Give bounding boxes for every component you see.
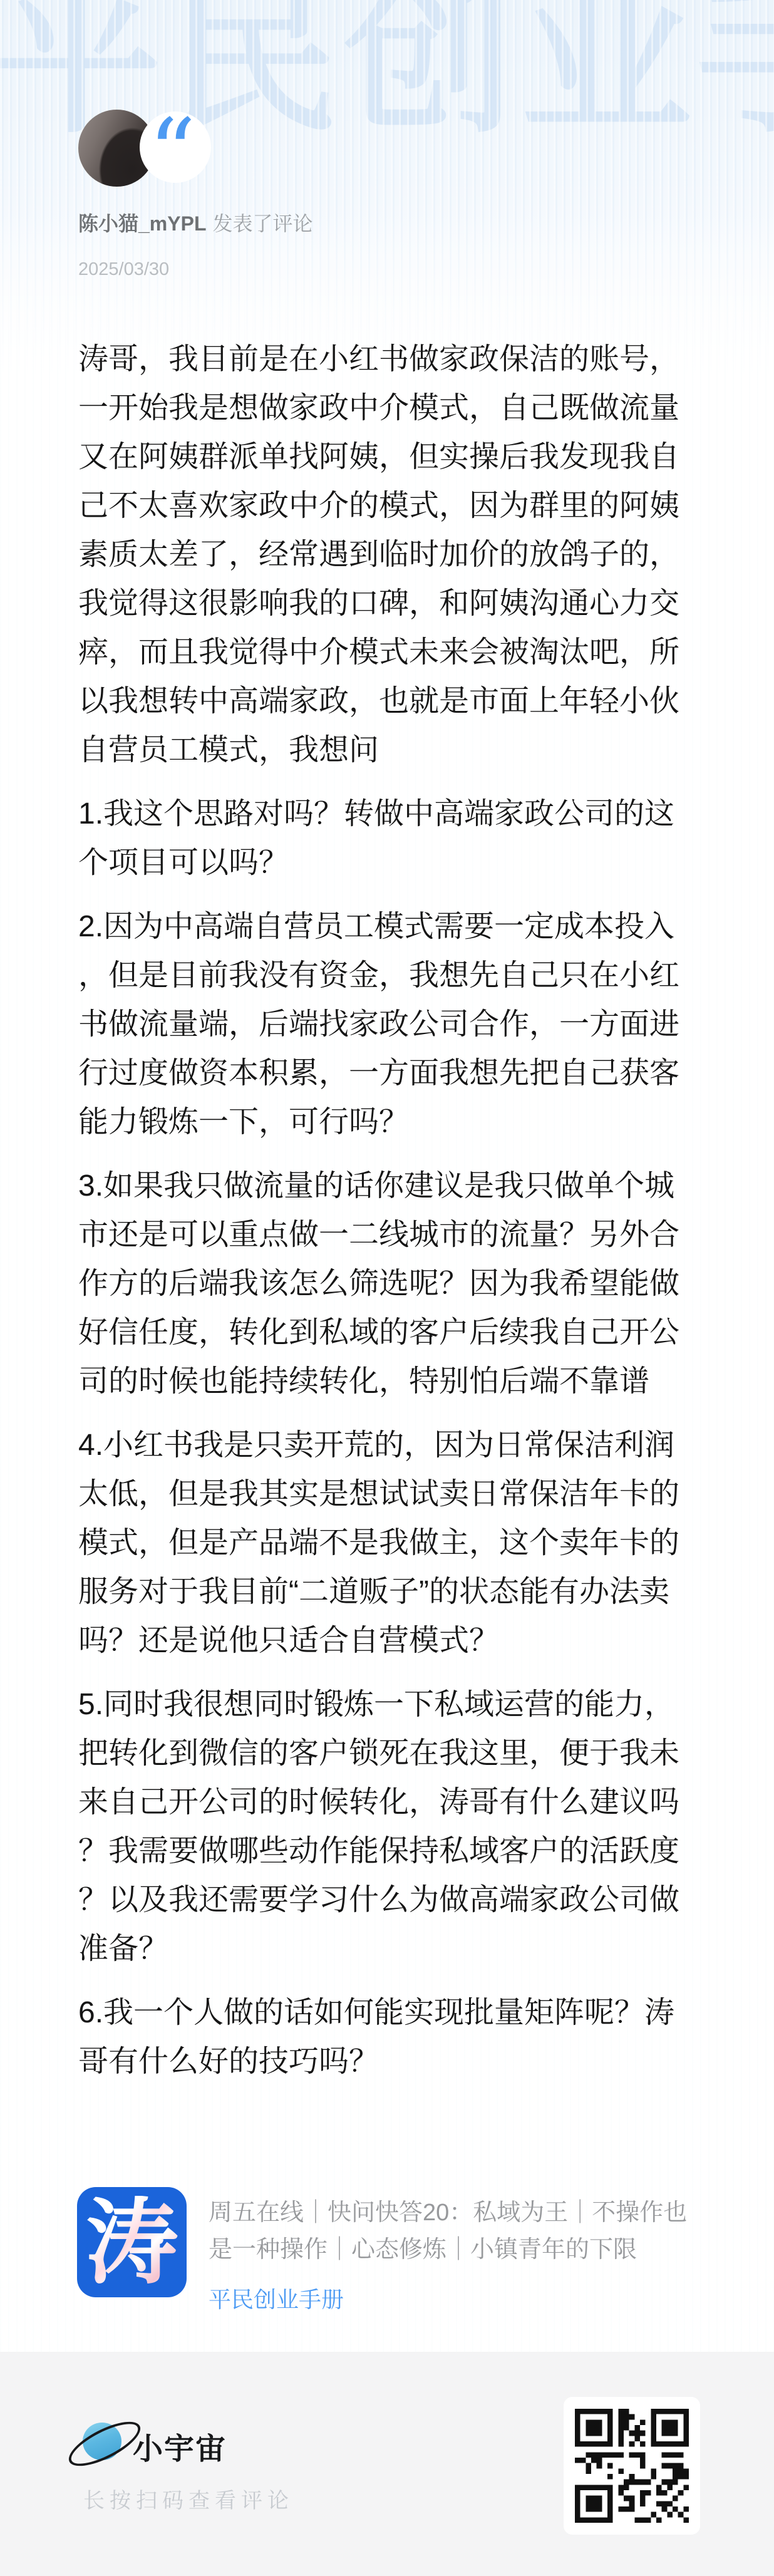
comment-body: 涛哥，我目前是在小红书做家政保洁的账号，一开始我是想做家政中介模式，自己既做流量… — [78, 335, 681, 2101]
episode-title: 周五在线｜快问快答20：私域为王｜不操作也是一种操作｜心态修炼｜小镇青年的下限 — [209, 2195, 703, 2268]
quote-bubble: “ — [140, 111, 211, 183]
author-name: 陈小猫_mYPL — [78, 212, 207, 235]
comment-date: 2025/03/30 — [78, 259, 169, 280]
footer: 小宇宙 长按扫码查看评论 — [0, 2352, 774, 2576]
quote-icon: “ — [148, 106, 196, 199]
episode-text: 周五在线｜快问快答20：私域为王｜不操作也是一种操作｜心态修炼｜小镇青年的下限 … — [209, 2187, 703, 2314]
podcast-cover-character: 涛 — [86, 2196, 178, 2289]
episode-card[interactable]: 涛 周五在线｜快问快答20：私域为王｜不操作也是一种操作｜心态修炼｜小镇青年的下… — [77, 2187, 703, 2314]
comment-paragraph: 3.如果我只做流量的话你建议是我只做单个城市还是可以重点做一二线城市的流量？另外… — [78, 1162, 681, 1406]
comment-paragraph: 1.我这个思路对吗？转做中高端家政公司的这个项目可以吗？ — [78, 790, 681, 887]
share-card: 平民创业手册 “ 陈小猫_mYPL发表了评论 2025/03/30 涛哥，我目前… — [0, 0, 774, 2576]
comment-paragraph: 5.同时我很想同时锻炼一下私域运营的能力，把转化到微信的客户锁死在我这里，便于我… — [78, 1680, 681, 1973]
byline-action: 发表了评论 — [213, 212, 313, 235]
comment-paragraph: 涛哥，我目前是在小红书做家政保洁的账号，一开始我是想做家政中介模式，自己既做流量… — [78, 335, 681, 775]
podcast-name-link[interactable]: 平民创业手册 — [209, 2282, 703, 2314]
comment-paragraph: 4.小红书我是只卖开荒的，因为日常保洁利润太低，但是我其实是想试试卖日常保洁年卡… — [78, 1421, 681, 1665]
qr-box — [564, 2397, 700, 2535]
comment-paragraph: 6.我一个人做的话如何能实现批量矩阵呢？涛哥有什么好的技巧吗？ — [78, 1989, 681, 2086]
qr-code — [575, 2409, 689, 2523]
comment-paragraph: 2.因为中高端自营员工模式需要一定成本投入，但是目前我没有资金，我想先自己只在小… — [78, 903, 681, 1147]
byline: 陈小猫_mYPL发表了评论 — [78, 210, 313, 237]
app-brand-name: 小宇宙 — [133, 2424, 227, 2468]
scan-hint: 长按扫码查看评论 — [83, 2483, 294, 2514]
podcast-cover-logo: 涛 — [77, 2187, 187, 2297]
